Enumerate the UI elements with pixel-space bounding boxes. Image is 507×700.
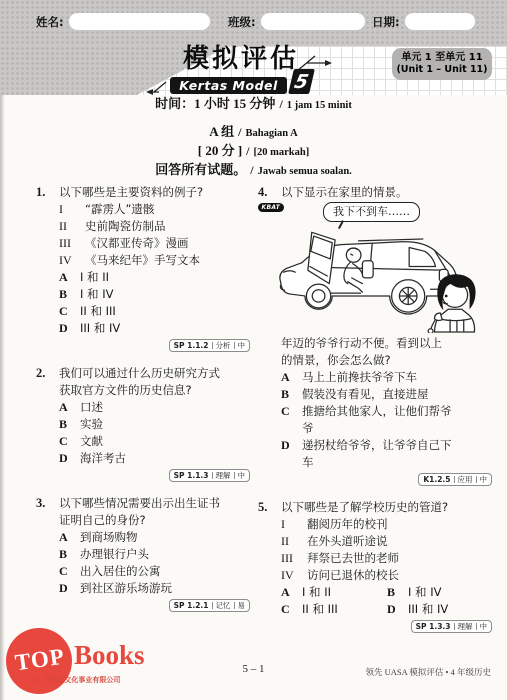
answer-option: AI 和 II: [281, 584, 387, 601]
answer-option: CII 和 III: [281, 601, 387, 618]
question-stem: 我们可以通过什么历史研究方式: [59, 365, 250, 382]
statement-item: III拜祭已去世的老师: [281, 550, 492, 567]
title-banner: 模拟评估 Kertas Model 5 单元 1 至单元 11 (Unit 1 …: [0, 46, 507, 95]
statement-item: II史前陶瓷仿制品: [59, 218, 250, 235]
question-number: 2.: [36, 365, 45, 382]
answer-option: A到商场购物: [59, 529, 250, 546]
copyright-text: © 马来亚文化事业有限公司: [34, 675, 120, 685]
statement-item: IV《马来纪年》手写文本: [59, 252, 250, 269]
question-stem: 以下哪些是了解学校历史的管道?: [281, 499, 492, 516]
answer-option: A口述: [59, 399, 250, 416]
answer-option: C出入居住的公寓: [59, 563, 250, 580]
time-allowed: 时间：1 小时 15 分钟/1 jam 15 minit: [0, 95, 507, 114]
name-label: 姓名:: [36, 14, 64, 30]
marks-heading: [ 20 分 ]/[20 markah]: [0, 142, 507, 161]
skill-tag: SP 1.1.2分析中: [169, 339, 250, 352]
question-stem: 证明自己的身份?: [59, 512, 250, 529]
question-column-right: 4. KBAT 以下显示在家里的情景。 我下不到车……: [258, 184, 492, 646]
answer-option: D递拐杖给爷爷，让爷爷自己下车: [281, 437, 492, 471]
statement-item: II在外头道听途说: [281, 533, 492, 550]
question-column-left: 1. 以下哪些是主要资料的例子? I“霹雳人”遗骸 II史前陶瓷仿制品 III《…: [36, 184, 250, 625]
car-illustration: 我下不到车……: [265, 202, 491, 334]
student-info-bar: 姓名: 班级: 日期:: [0, 0, 507, 46]
answer-option: B实验: [59, 416, 250, 433]
date-label: 日期:: [372, 14, 400, 30]
answer-option: C文献: [59, 433, 250, 450]
answer-option: DIII 和 IV: [59, 320, 250, 337]
answer-option: B办理银行户头: [59, 546, 250, 563]
question-stem: 以下显示在家里的情景。: [281, 184, 492, 201]
question-number: 3.: [36, 495, 45, 512]
section-heading: A 组/Bahagian A: [0, 123, 507, 142]
paper-title-ms: Kertas Model: [170, 77, 287, 94]
statement-item: III《汉都亚传奇》漫画: [59, 235, 250, 252]
skill-tag: SP 1.3.3理解中: [411, 620, 492, 633]
question-4: 4. KBAT 以下显示在家里的情景。 我下不到车……: [258, 184, 492, 486]
question-text: 的情景，你会怎么做?: [281, 352, 492, 369]
paper-number-badge: 5: [288, 69, 315, 94]
unit-range-en: (Unit 1 – Unit 11): [396, 64, 487, 76]
class-input[interactable]: [261, 13, 365, 30]
class-field-group: 班级:: [228, 13, 365, 30]
answer-option: D海洋考古: [59, 450, 250, 467]
question-stem: 以下哪些是主要资料的例子?: [59, 184, 250, 201]
question-3: 3. 以下哪些情况需要出示出生证书 证明自己的身份? A到商场购物 B办理银行户…: [36, 495, 250, 612]
exam-info: 时间：1 小时 15 分钟/1 jam 15 minit A 组/Bahagia…: [0, 95, 507, 180]
answer-option-grid: AI 和 II BI 和 IV CII 和 III DIII 和 IV: [281, 584, 492, 618]
answer-option: B假装没有看见，直接进屋: [281, 386, 492, 403]
date-field-group: 日期:: [372, 13, 475, 30]
statement-item: I翻阅历年的校刊: [281, 516, 492, 533]
question-text: 年迈的爷爷行动不便。看到以上: [281, 335, 492, 352]
paper-title-block: 模拟评估 Kertas Model 5: [158, 46, 324, 94]
question-number: 1.: [36, 184, 45, 201]
skill-tag: SP 1.1.3理解中: [169, 469, 250, 482]
question-2: 2. 我们可以通过什么历史研究方式 获取官方文件的历史信息? A口述 B实验 C…: [36, 365, 250, 482]
answer-option: D到社区游乐场游玩: [59, 580, 250, 597]
skill-tag: K1.2.5应用中: [418, 473, 492, 486]
question-number: 4.: [258, 184, 267, 201]
name-input[interactable]: [69, 13, 210, 30]
answer-option: A马上上前搀扶爷爷下车: [281, 369, 492, 386]
answer-option: DIII 和 IV: [387, 601, 492, 618]
answer-option: BI 和 IV: [387, 584, 492, 601]
class-label: 班级:: [228, 14, 256, 30]
date-input[interactable]: [405, 13, 475, 30]
question-stem: 获取官方文件的历史信息?: [59, 382, 250, 399]
skill-tag: SP 1.2.1记忆易: [169, 599, 250, 612]
car-scene-drawing: [265, 219, 491, 333]
question-number: 5.: [258, 499, 267, 516]
answer-option: AI 和 II: [59, 269, 250, 286]
instruction-heading: 回答所有试题。/Jawab semua soalan.: [0, 161, 507, 180]
unit-range-cn: 单元 1 至单元 11: [401, 51, 482, 64]
book-edition-text: 领先 UASA 模拟评估 • 4 年级历史: [365, 666, 491, 678]
exam-paper-page: 姓名: 班级: 日期: 模拟评估 Kertas Model 5 单元 1: [0, 0, 507, 700]
question-1: 1. 以下哪些是主要资料的例子? I“霹雳人”遗骸 II史前陶瓷仿制品 III《…: [36, 184, 250, 352]
statement-item: I“霹雳人”遗骸: [59, 201, 250, 218]
unit-range-badge: 单元 1 至单元 11 (Unit 1 – Unit 11): [392, 48, 492, 80]
question-stem: 以下哪些情况需要出示出生证书: [59, 495, 250, 512]
answer-option: C推搪给其他家人，让他们帮爷爷: [281, 403, 492, 437]
name-field-group: 姓名:: [36, 13, 210, 30]
statement-item: IV访问已退休的校长: [281, 567, 492, 584]
answer-option: BI 和 IV: [59, 286, 250, 303]
question-5: 5. 以下哪些是了解学校历史的管道? I翻阅历年的校刊 II在外头道听途说 II…: [258, 499, 492, 633]
speech-bubble: 我下不到车……: [323, 202, 420, 222]
answer-option: CII 和 III: [59, 303, 250, 320]
